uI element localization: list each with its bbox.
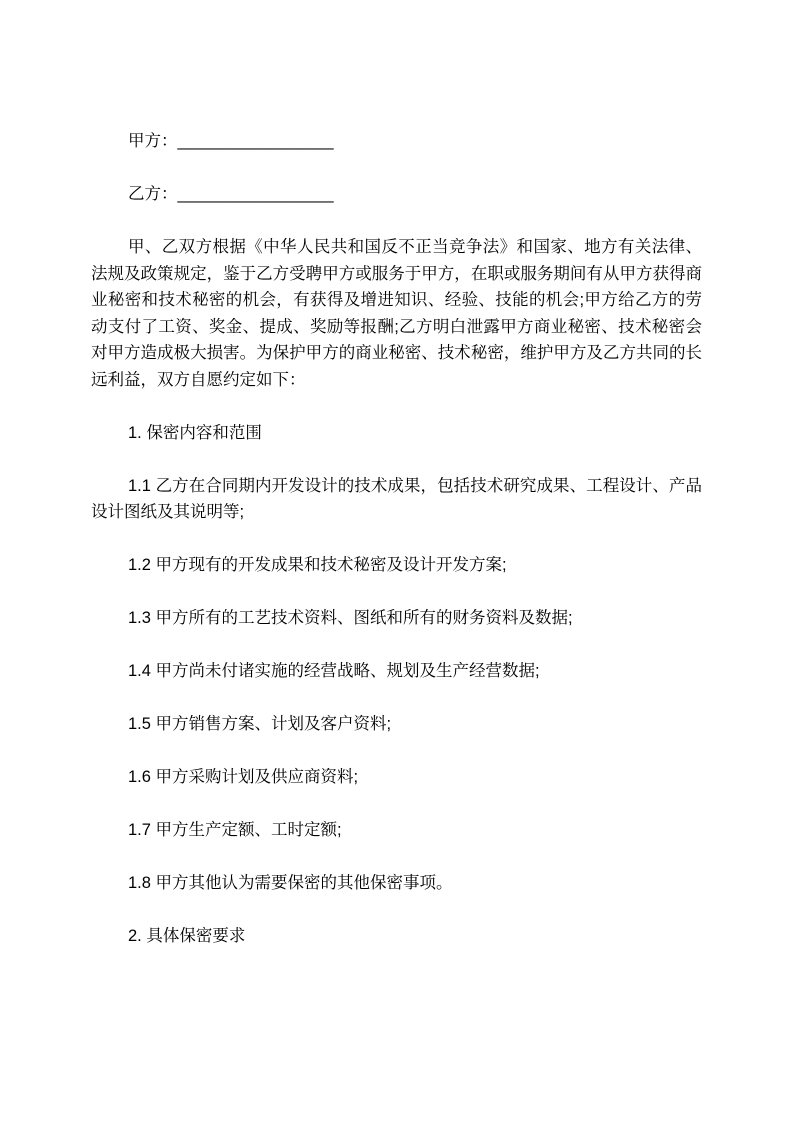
- section-2-heading: 2. 具体保密要求: [91, 923, 702, 950]
- section-1-heading: 1. 保密内容和范围: [91, 420, 702, 447]
- clause-1-3: 1.3 甲方所有的工艺技术资料、图纸和所有的财务资料及数据;: [91, 605, 702, 632]
- clause-1-6: 1.6 甲方采购计划及供应商资料;: [91, 764, 702, 791]
- clause-1-4: 1.4 甲方尚未付诸实施的经营战略、规划及生产经营数据;: [91, 658, 702, 685]
- clause-1-7: 1.7 甲方生产定额、工时定额;: [91, 817, 702, 844]
- clause-1-2: 1.2 甲方现有的开发成果和技术秘密及设计开发方案;: [91, 552, 702, 579]
- clause-1-8: 1.8 甲方其他认为需要保密的其他保密事项。: [91, 870, 702, 897]
- party-a-line: 甲方：_________________: [91, 128, 702, 155]
- party-b-line: 乙方：_________________: [91, 181, 702, 208]
- contract-document-page: 甲方：_________________ 乙方：________________…: [0, 0, 793, 1122]
- clause-1-1: 1.1 乙方在合同期内开发设计的技术成果，包括技术研究成果、工程设计、产品设计图…: [91, 473, 702, 526]
- preamble-paragraph: 甲、乙双方根据《中华人民共和国反不正当竞争法》和国家、地方有关法律、法规及政策规…: [91, 234, 702, 393]
- clause-1-5: 1.5 甲方销售方案、计划及客户资料;: [91, 711, 702, 738]
